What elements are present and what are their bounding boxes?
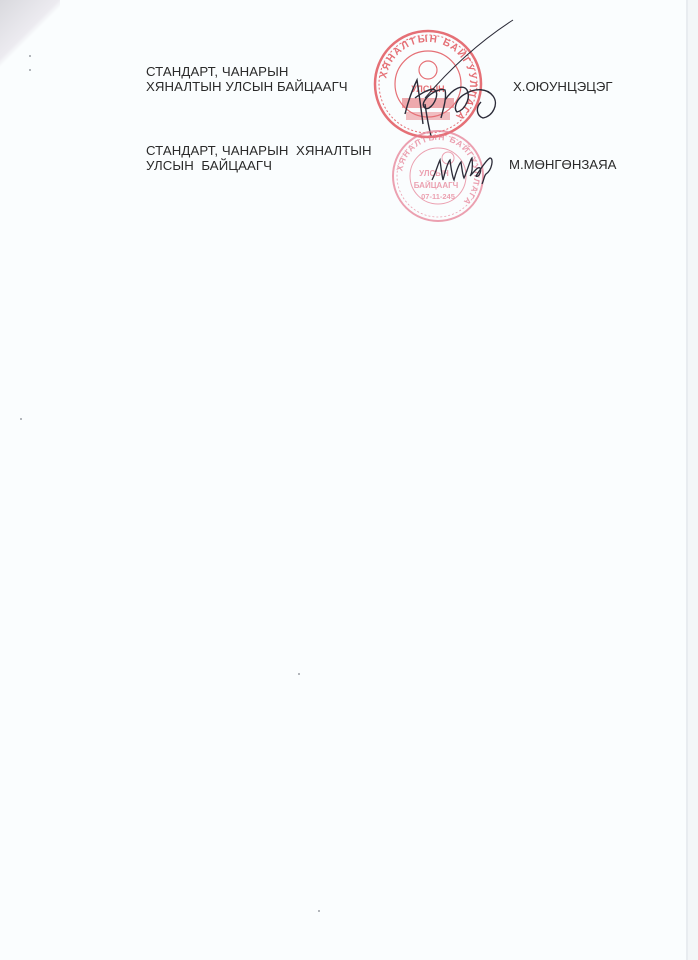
page-edge-shade — [688, 0, 698, 960]
signatory-2-title: СТАНДАРТ, ЧАНАРЫН ХЯНАЛТЫН УЛСЫН БАЙЦААГ… — [146, 143, 372, 173]
signatory-1-title: СТАНДАРТ, ЧАНАРЫН ХЯНАЛТЫН УЛСЫН БАЙЦААГ… — [146, 64, 348, 94]
folded-corner — [0, 0, 60, 70]
signatory-1-title-line-2: ХЯНАЛТЫН УЛСЫН БАЙЦААГЧ — [146, 79, 348, 94]
scan-speck — [298, 673, 300, 675]
svg-text:07-11-245: 07-11-245 — [421, 192, 455, 201]
signatory-2-title-line-1: СТАНДАРТ, ЧАНАРЫН ХЯНАЛТЫН — [146, 143, 372, 158]
signature-1 — [395, 18, 525, 136]
scanned-page: СТАНДАРТ, ЧАНАРЫН ХЯНАЛТЫН УЛСЫН БАЙЦААГ… — [0, 0, 698, 960]
signature-2 — [430, 150, 498, 186]
signatory-1-name: Х.ОЮУНЦЭЦЭГ — [513, 79, 613, 94]
scan-speck — [20, 418, 22, 420]
scan-speck — [29, 55, 31, 57]
signatory-2-title-line-2: УЛСЫН БАЙЦААГЧ — [146, 158, 372, 173]
scan-speck — [29, 69, 31, 71]
page-edge-line — [686, 0, 688, 960]
signatory-1-title-line-1: СТАНДАРТ, ЧАНАРЫН — [146, 64, 348, 79]
signatory-2-name: М.МӨНГӨНЗАЯА — [509, 157, 616, 172]
scan-speck — [318, 910, 320, 912]
